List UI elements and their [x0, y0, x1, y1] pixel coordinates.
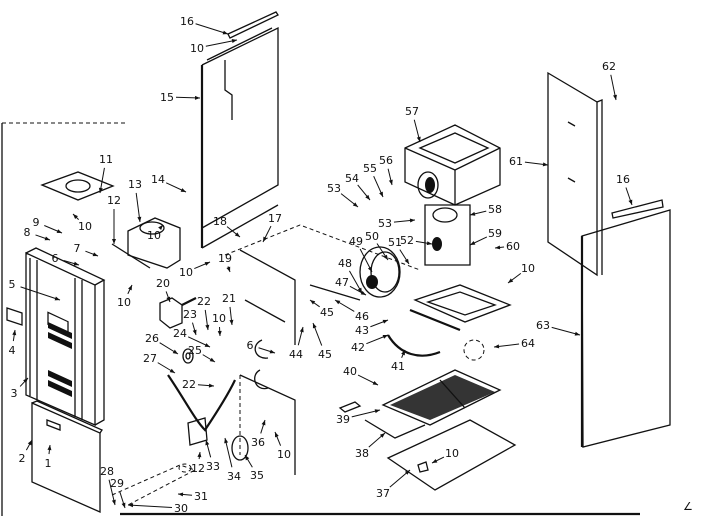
callout-label-45: 45 — [320, 306, 334, 319]
arrowhead-icon — [205, 440, 209, 445]
arrowhead-icon — [223, 31, 228, 35]
callout-label-3: 3 — [11, 387, 18, 400]
part-blower-housing — [405, 125, 500, 205]
callout-label-10: 10 — [147, 229, 161, 242]
callout-label-2: 2 — [19, 452, 26, 465]
arrowhead-icon — [226, 267, 230, 272]
callout-label-52: 52 — [400, 234, 414, 247]
callout-label-53: 53 — [378, 217, 392, 230]
arrowhead-icon — [384, 255, 388, 260]
callout-label-10: 10 — [179, 266, 193, 279]
arrowhead-icon — [137, 217, 141, 222]
arrowhead-icon — [122, 503, 126, 508]
callout-label-10: 10 — [190, 42, 204, 55]
callout-label-25: 25 — [188, 344, 202, 357]
callout-label-46: 46 — [355, 310, 369, 323]
arrowhead-icon — [470, 241, 475, 245]
arrowhead-icon — [205, 262, 210, 266]
callout-label-56: 56 — [379, 154, 393, 167]
callout-label-48: 48 — [338, 257, 352, 270]
part-filter-clip — [340, 402, 360, 412]
callout-label-10: 10 — [78, 220, 92, 233]
part-wire-harness — [168, 375, 235, 430]
callout-label-34: 34 — [227, 470, 241, 483]
arrowhead-icon — [300, 327, 304, 332]
callout-label-42: 42 — [351, 341, 365, 354]
part-blower-motor — [425, 205, 470, 265]
callout-label-11: 11 — [99, 153, 113, 166]
callout-label-39: 39 — [336, 413, 350, 426]
arrowhead-icon — [205, 343, 210, 347]
callout-label-4: 4 — [9, 344, 16, 357]
arrowhead-icon — [275, 432, 279, 437]
callout-label-19: 19 — [218, 252, 232, 265]
callout-label-6: 6 — [247, 339, 254, 352]
part-label-plate — [7, 308, 22, 325]
callout-label-14: 14 — [151, 173, 165, 186]
arrowhead-icon — [193, 330, 197, 335]
callout-label-29: 29 — [110, 477, 124, 490]
part-deck-plate — [410, 285, 510, 330]
callout-label-22: 22 — [182, 378, 196, 391]
callout-label-16: 16 — [180, 15, 194, 28]
callout-label-45: 45 — [318, 348, 332, 361]
callout-label-24: 24 — [173, 327, 187, 340]
arrowhead-icon — [55, 297, 60, 301]
arrowhead-icon — [218, 331, 222, 336]
part-lower-door — [32, 401, 102, 512]
callout-label-53: 53 — [327, 182, 341, 195]
callout-label-5: 5 — [9, 278, 16, 291]
part-blower-wheel — [360, 247, 400, 297]
part-burner-tube — [112, 464, 195, 505]
part-filter-rail — [365, 420, 425, 438]
leader-line — [128, 505, 172, 507]
arrowhead-icon — [368, 267, 372, 272]
arrowhead-icon — [543, 162, 548, 166]
callout-label-12: 12 — [191, 462, 205, 475]
arrowhead-icon — [628, 200, 632, 205]
arrowhead-icon — [166, 297, 170, 302]
callout-label-35: 35 — [250, 469, 264, 482]
part-filter — [383, 370, 500, 425]
callout-label-54: 54 — [345, 172, 359, 185]
arrowhead-icon — [28, 440, 32, 445]
callout-label-17: 17 — [268, 212, 282, 225]
callout-label-27: 27 — [143, 352, 157, 365]
arrowhead-icon — [232, 39, 237, 43]
callout-label-6: 6 — [52, 252, 59, 265]
arrowhead-icon — [45, 236, 50, 240]
arrowhead-icon — [181, 188, 186, 192]
part-limit-switch — [464, 340, 484, 360]
arrowhead-icon — [74, 262, 79, 266]
part-top-plate — [42, 172, 113, 200]
arrowhead-icon — [263, 237, 267, 242]
arrowhead-icon — [170, 369, 175, 373]
callout-label-41: 41 — [391, 360, 405, 373]
arrowhead-icon — [432, 459, 437, 463]
arrowhead-icon — [210, 358, 215, 362]
callout-label-64: 64 — [521, 337, 535, 350]
callout-label-1: 1 — [45, 457, 52, 470]
callout-label-59: 59 — [488, 227, 502, 240]
callout-leaders — [12, 24, 632, 508]
callout-label-10: 10 — [521, 262, 535, 275]
arrowhead-icon — [112, 239, 116, 244]
part-inducer-box — [112, 218, 180, 268]
callout-label-10: 10 — [117, 296, 131, 309]
callout-label-31: 31 — [194, 490, 208, 503]
callout-label-44: 44 — [289, 348, 303, 361]
callout-label-49: 49 — [349, 235, 363, 248]
callout-label-10: 10 — [277, 448, 291, 461]
arrowhead-icon — [173, 350, 178, 354]
part-front-side-panel — [582, 210, 670, 447]
callout-label-7: 7 — [74, 242, 81, 255]
arrowhead-icon — [57, 229, 62, 233]
arrowhead-icon — [427, 241, 432, 245]
part-side-rail — [612, 200, 663, 218]
arrowhead-icon — [405, 259, 409, 264]
arrowhead-icon — [383, 335, 388, 339]
callout-label-36: 36 — [251, 436, 265, 449]
callout-label-18: 18 — [213, 215, 227, 228]
callout-label-10: 10 — [445, 447, 459, 460]
callout-label-21: 21 — [222, 292, 236, 305]
part-front-door-panel — [26, 248, 104, 425]
callout-label-63: 63 — [536, 319, 550, 332]
arrowhead-icon — [335, 300, 340, 304]
leader-line — [196, 24, 228, 34]
callout-label-40: 40 — [343, 365, 357, 378]
arrowhead-icon — [575, 332, 580, 336]
callout-label-10: 10 — [212, 312, 226, 325]
callout-label-26: 26 — [145, 332, 159, 345]
arrowhead-icon — [310, 300, 315, 305]
callout-label-43: 43 — [355, 324, 369, 337]
arrowhead-icon — [270, 350, 275, 354]
callout-label-8: 8 — [24, 226, 31, 239]
part-side-panel — [548, 73, 602, 275]
callout-label-47: 47 — [335, 276, 349, 289]
arrowhead-icon — [313, 323, 317, 328]
arrowhead-icon — [613, 95, 617, 100]
callout-label-61: 61 — [509, 155, 523, 168]
callout-label-13: 13 — [128, 178, 142, 191]
callout-label-38: 38 — [355, 447, 369, 460]
corner-mark: ∠ — [683, 500, 693, 513]
callout-label-22: 22 — [197, 295, 211, 308]
furnace-exploded-diagram: 1610151114131210181798761010191020222152… — [0, 0, 704, 516]
callout-label-57: 57 — [405, 105, 419, 118]
arrowhead-icon — [93, 252, 98, 256]
callout-label-60: 60 — [506, 240, 520, 253]
callout-label-20: 20 — [156, 277, 170, 290]
callout-label-37: 37 — [376, 487, 390, 500]
arrowhead-icon — [379, 192, 383, 197]
arrowhead-icon — [373, 381, 378, 385]
arrowhead-icon — [245, 455, 249, 460]
callout-label-62: 62 — [602, 60, 616, 73]
arrowhead-icon — [128, 285, 132, 290]
callout-label-33: 33 — [206, 460, 220, 473]
callout-label-16: 16 — [616, 173, 630, 186]
arrowhead-icon — [205, 325, 209, 330]
callout-label-12: 12 — [107, 194, 121, 207]
part-drain-hose — [388, 335, 440, 356]
callout-label-9: 9 — [33, 216, 40, 229]
arrowhead-icon — [12, 330, 16, 335]
callout-labels: 1610151114131210181798761010191020222152… — [9, 15, 631, 515]
callout-label-55: 55 — [363, 162, 377, 175]
arrowhead-icon — [383, 320, 388, 324]
part-top-rail — [228, 12, 278, 38]
callout-label-58: 58 — [488, 203, 502, 216]
arrowhead-icon — [197, 452, 201, 457]
callout-label-50: 50 — [365, 230, 379, 243]
arrowhead-icon — [195, 96, 200, 100]
callout-label-23: 23 — [183, 308, 197, 321]
arrowhead-icon — [262, 420, 266, 425]
callout-label-15: 15 — [160, 91, 174, 104]
